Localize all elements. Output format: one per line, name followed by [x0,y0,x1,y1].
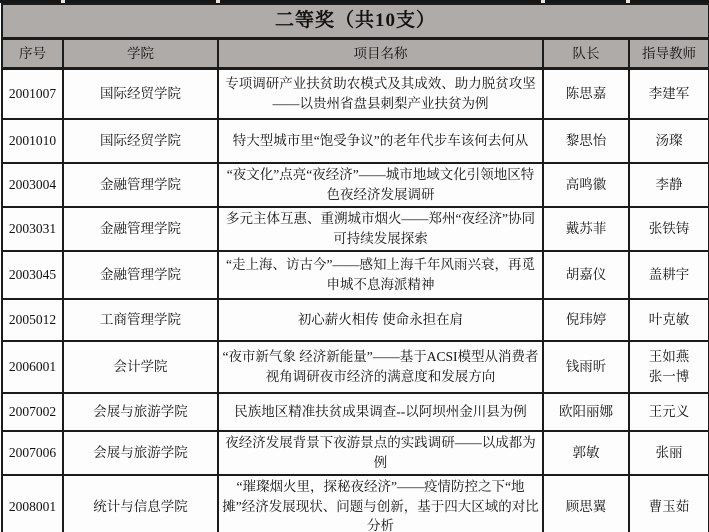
cell-serial-number: 2001010 [2,119,63,163]
table-row: 2005012 工商管理学院 初心薪火相传 使命永担在肩 倪玮婷 叶克敏 [2,299,709,341]
cell-advisor: 张铁铸 [629,207,709,251]
cell-team-leader: 戴苏菲 [543,207,629,251]
cell-project-name: “璀璨烟火里，探秘夜经济”——疫情防控之下“地摊”经济发展现状、问题与创新，基于… [218,475,543,532]
table-row: 2007002 会展与旅游学院 民族地区精准扶贫成果调查--以阿坝州金川县为例 … [2,393,709,431]
cell-project-name: 专项调研产业扶贫助农模式及其成效、助力脱贫攻坚——以贵州省盘县刺梨产业扶贫为例 [218,69,543,119]
cell-serial-number: 2008001 [2,475,63,532]
table-body: 2001007 国际经贸学院 专项调研产业扶贫助农模式及其成效、助力脱贫攻坚——… [2,69,709,532]
cell-team-leader: 钱雨昕 [543,341,629,393]
cell-advisor: 李静 [629,163,709,207]
cell-advisor: 张丽 [629,431,709,475]
table-row: 2008001 统计与信息学院 “璀璨烟火里，探秘夜经济”——疫情防控之下“地摊… [2,475,709,532]
cell-college: 金融管理学院 [63,251,218,299]
cell-college: 金融管理学院 [63,163,218,207]
cell-serial-number: 2005012 [2,299,63,341]
cell-serial-number: 2001007 [2,69,63,119]
table-row: 2001007 国际经贸学院 专项调研产业扶贫助农模式及其成效、助力脱贫攻坚——… [2,69,709,119]
cell-team-leader: 胡嘉仪 [543,251,629,299]
cell-advisor: 汤璨 [629,119,709,163]
table-row: 2003004 金融管理学院 “夜文化”点亮“夜经济”——城市地域文化引领地区特… [2,163,709,207]
column-header-leader: 队长 [543,39,629,69]
table-title: 二等奖（共10支） [2,4,709,39]
column-header-advisor: 指导教师 [629,39,709,69]
cell-project-name: “走上海、访古今”——感知上海千年风雨兴衰，再觅申城不息海派精神 [218,251,543,299]
cell-advisor: 叶克敏 [629,299,709,341]
cell-college: 会展与旅游学院 [63,393,218,431]
cell-team-leader: 顾思翼 [543,475,629,532]
table-row: 2007006 会展与旅游学院 夜经济发展背景下夜游景点的实践调研——以成都为例… [2,431,709,475]
cell-advisor: 李建军 [629,69,709,119]
column-header-college: 学院 [63,39,218,69]
cell-project-name: 初心薪火相传 使命永担在肩 [218,299,543,341]
cell-project-name: “夜市新气象 经济新能量”——基于ACSI模型从消费者视角调研夜市经济的满意度和… [218,341,543,393]
cell-project-name: 民族地区精准扶贫成果调查--以阿坝州金川县为例 [218,393,543,431]
cell-team-leader: 郭敏 [543,431,629,475]
cell-project-name: “夜文化”点亮“夜经济”——城市地域文化引领地区特色夜经济发展调研 [218,163,543,207]
cell-serial-number: 2006001 [2,341,63,393]
cell-team-leader: 黎思怡 [543,119,629,163]
cell-college: 国际经贸学院 [63,69,218,119]
column-header-id: 序号 [2,39,63,69]
cell-advisor: 王如燕 张一博 [629,341,709,393]
cell-college: 金融管理学院 [63,207,218,251]
table-row: 2006001 会计学院 “夜市新气象 经济新能量”——基于ACSI模型从消费者… [2,341,709,393]
column-header-project: 项目名称 [218,39,543,69]
cell-college: 工商管理学院 [63,299,218,341]
cell-serial-number: 2003004 [2,163,63,207]
table-row: 2003045 金融管理学院 “走上海、访古今”——感知上海千年风雨兴衰，再觅申… [2,251,709,299]
table-row: 2003031 金融管理学院 多元主体互惠、重溯城市烟火——郑州“夜经济”协同可… [2,207,709,251]
cell-project-name: 夜经济发展背景下夜游景点的实践调研——以成都为例 [218,431,543,475]
cell-college: 国际经贸学院 [63,119,218,163]
cell-serial-number: 2007002 [2,393,63,431]
cell-project-name: 多元主体互惠、重溯城市烟火——郑州“夜经济”协同可持续发展探索 [218,207,543,251]
cell-college: 会展与旅游学院 [63,431,218,475]
cell-project-name: 特大型城市里“饱受争议”的老年代步车该何去何从 [218,119,543,163]
cell-team-leader: 高鸣徽 [543,163,629,207]
title-row: 二等奖（共10支） [2,4,709,39]
cell-serial-number: 2003045 [2,251,63,299]
table-row: 2001010 国际经贸学院 特大型城市里“饱受争议”的老年代步车该何去何从 黎… [2,119,709,163]
cell-team-leader: 欧阳丽娜 [543,393,629,431]
cell-college: 统计与信息学院 [63,475,218,532]
cell-team-leader: 倪玮婷 [543,299,629,341]
award-table-page: 二等奖（共10支） 序号 学院 项目名称 队长 指导教师 2001007 国际经… [0,0,709,532]
cell-serial-number: 2007006 [2,431,63,475]
header-row: 序号 学院 项目名称 队长 指导教师 [2,39,709,69]
second-prize-table: 二等奖（共10支） 序号 学院 项目名称 队长 指导教师 2001007 国际经… [1,3,709,532]
cell-advisor: 曹玉茹 [629,475,709,532]
cell-team-leader: 陈思嘉 [543,69,629,119]
cell-college: 会计学院 [63,341,218,393]
cell-advisor: 王元义 [629,393,709,431]
cell-advisor: 盖耕宇 [629,251,709,299]
cell-serial-number: 2003031 [2,207,63,251]
